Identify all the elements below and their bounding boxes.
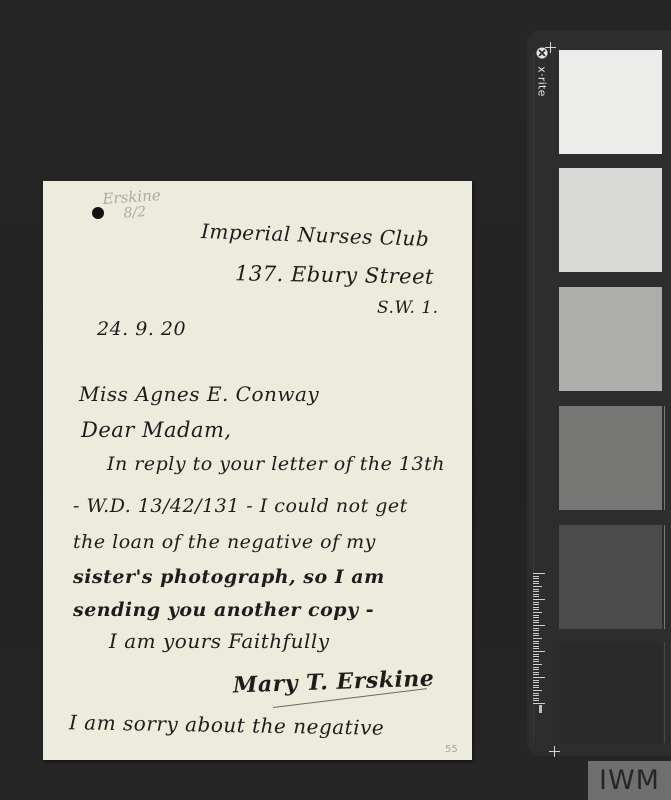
iwm-watermark: IWM <box>588 761 671 800</box>
address-line-3: S.W. 1. <box>377 298 438 318</box>
swatch-mid-gray <box>559 406 662 510</box>
crosshair-bottom-icon <box>549 746 560 757</box>
letter-date: 24. 9. 20 <box>97 318 186 340</box>
closing: I am yours Faithfully <box>109 629 330 653</box>
address-line-2: 137. Ebury Street <box>235 261 434 288</box>
pencil-annotation: Erskine 8/2 <box>102 187 162 223</box>
brand-text: x·rite <box>536 65 549 99</box>
crosshair-top-icon <box>545 42 556 53</box>
swatch-light-gray <box>559 168 662 272</box>
ruler-unit-label <box>539 705 542 713</box>
brand-label: x·rite <box>535 47 549 107</box>
salutation: Dear Madam, <box>81 418 232 442</box>
annotation-reference: 8/2 <box>123 203 162 222</box>
swatch-edge-line <box>664 525 665 629</box>
signature: Mary T. Erskine <box>233 665 435 698</box>
body-line: the loan of the negative of my <box>73 531 376 553</box>
page-number: 55 <box>445 744 458 755</box>
swatch-edge-line <box>664 642 665 743</box>
body-line: sister's photograph, so I am <box>73 566 385 588</box>
iwm-text: IWM <box>599 765 660 796</box>
letter-sheet: Erskine 8/2 Imperial Nurses Club 137. Eb… <box>43 181 472 760</box>
mm-ruler <box>533 573 547 705</box>
body-line: - W.D. 13/42/131 - I could not get <box>73 495 408 517</box>
punch-hole <box>92 207 104 219</box>
swatch-edge-line <box>664 406 665 510</box>
recipient-name: Miss Agnes E. Conway <box>79 382 319 406</box>
swatch-black <box>559 642 662 743</box>
postscript: I am sorry about the negative <box>69 710 385 739</box>
address-line-1: Imperial Nurses Club <box>201 219 430 251</box>
body-line: In reply to your letter of the 13th <box>107 453 445 475</box>
swatch-white <box>559 50 662 154</box>
swatch-mid-light-gray <box>559 287 662 391</box>
body-line: sending you another copy - <box>73 599 374 621</box>
swatch-dark-gray <box>559 525 662 629</box>
